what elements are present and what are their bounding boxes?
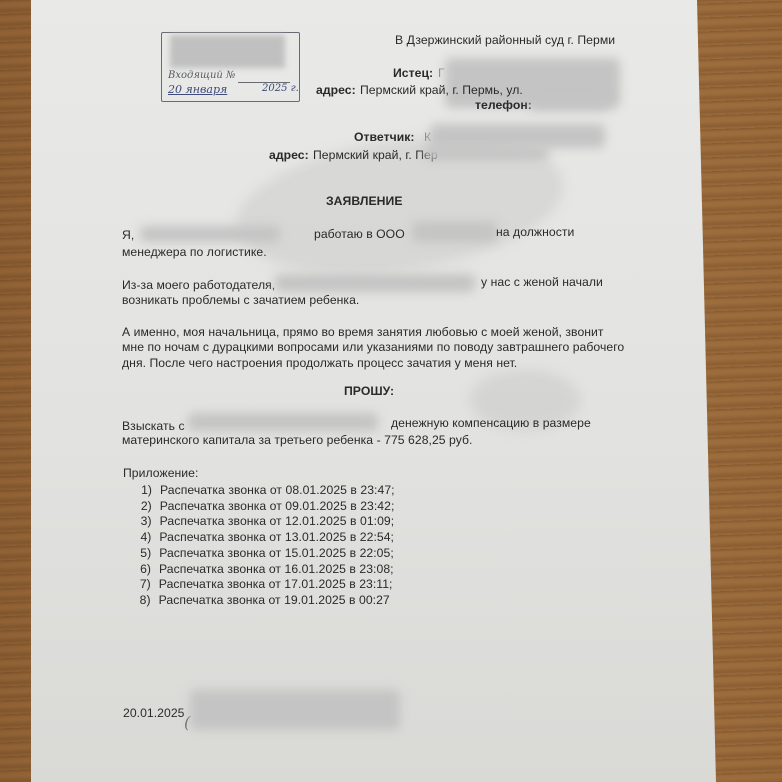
- attachment-item: 2)Распечатка звонка от 09.01.2025 в 23:4…: [130, 499, 395, 513]
- attachment-text: Распечатка звонка от 15.01.2025 в 22:05;: [159, 546, 394, 560]
- request-line2: материнского капитала за третьего ребенк…: [122, 433, 472, 447]
- attachment-text: Распечатка звонка от 13.01.2025 в 22:54;: [159, 530, 394, 544]
- redacted-block: [170, 35, 285, 68]
- attachment-item: 8)Распечатка звонка от 19.01.2025 в 00:2…: [129, 593, 390, 607]
- redacted-signature: [190, 690, 400, 730]
- redacted-company: [412, 222, 497, 242]
- court-name: В Дзержинский районный суд г. Перми: [395, 33, 615, 47]
- attachment-text: Распечатка звонка от 08.01.2025 в 23:47;: [160, 483, 395, 497]
- attachment-number: 5): [129, 546, 151, 560]
- plaintiff-label: Истец:: [393, 66, 433, 80]
- stamp-handwritten-date: 20 января: [168, 83, 227, 96]
- redacted-defendant-address: [424, 146, 549, 160]
- plaintiff-address-label: адрес:: [316, 83, 356, 97]
- redacted-defendant-in-request: [188, 413, 378, 431]
- redacted-phone: [530, 96, 610, 110]
- attachment-item: 1)Распечатка звонка от 08.01.2025 в 23:4…: [130, 483, 395, 497]
- attachment-number: 6): [129, 562, 151, 576]
- attachment-number: 3): [130, 514, 152, 528]
- attachment-number: 4): [129, 530, 151, 544]
- attachment-number: 1): [130, 483, 152, 497]
- attachment-number: 2): [130, 499, 152, 513]
- paragraph-2-line2: возникать проблемы с зачатием ребенка.: [122, 293, 359, 307]
- defendant-address-label: адрес:: [269, 148, 309, 162]
- paragraph-3-line1: А именно, моя начальница, прямо во время…: [122, 325, 604, 339]
- document-date: 20.01.2025: [123, 706, 185, 720]
- attachment-item: 4)Распечатка звонка от 13.01.2025 в 22:5…: [129, 530, 394, 544]
- stamp-label: Входящий №: [168, 70, 236, 81]
- request-line1-start: Взыскать с: [122, 419, 185, 433]
- attachment-item: 3)Распечатка звонка от 12.01.2025 в 01:0…: [130, 514, 395, 528]
- attachment-item: 6)Распечатка звонка от 16.01.2025 в 23:0…: [129, 562, 394, 576]
- paragraph-1-line2: менеджера по логистике.: [122, 245, 267, 259]
- paragraph-2-end: у нас с женой начали: [481, 275, 603, 289]
- request-title: ПРОШУ:: [344, 384, 394, 398]
- attachment-text: Распечатка звонка от 12.01.2025 в 01:09;: [160, 514, 395, 528]
- attachment-item: 7)Распечатка звонка от 17.01.2025 в 23:1…: [129, 577, 393, 591]
- paragraph-2-start: Из-за моего работодателя,: [122, 278, 275, 292]
- paragraph-1-mid: работаю в ООО: [314, 227, 405, 241]
- plaintiff-address: Пермский край, г. Пермь, ул.: [360, 83, 523, 97]
- attachment-item: 5)Распечатка звонка от 15.01.2025 в 22:0…: [129, 546, 394, 560]
- paper-sheet: Входящий № 20 января 2025 г. В Дзержинск…: [0, 0, 782, 782]
- attachment-number: 7): [129, 577, 151, 591]
- request-line1-end: денежную компенсацию в размере: [391, 416, 591, 430]
- paragraph-1-end: на должности: [496, 225, 574, 239]
- redacted-name: [140, 226, 280, 242]
- paragraph-3-line2: мне по ночам с дурацкими вопросами или у…: [122, 340, 624, 354]
- plaintiff-phone-label: телефон:: [475, 98, 532, 112]
- stamp-year: 2025 г.: [262, 83, 299, 94]
- attachment-text: Распечатка звонка от 19.01.2025 в 00:27: [159, 593, 390, 607]
- attachment-text: Распечатка звонка от 17.01.2025 в 23:11;: [159, 577, 393, 591]
- paragraph-1-start: Я,: [122, 228, 134, 242]
- defendant-label: Ответчик:: [354, 130, 415, 144]
- attachment-number: 8): [129, 593, 151, 607]
- signature-mark: (: [184, 713, 190, 732]
- paragraph-3-line3: дня. После чего настроения продолжать пр…: [122, 356, 517, 370]
- plaintiff-name-partial: Г: [438, 66, 445, 80]
- attachments-label: Приложение:: [123, 466, 198, 480]
- defendant-address: Пермский край, г. Пер: [313, 148, 438, 162]
- attachment-text: Распечатка звонка от 16.01.2025 в 23:08;: [159, 562, 394, 576]
- redacted-employer: [275, 274, 475, 292]
- document-title: ЗАЯВЛЕНИЕ: [326, 194, 403, 208]
- incoming-stamp: Входящий № 20 января 2025 г.: [161, 32, 300, 102]
- redacted-defendant-name: [430, 124, 605, 148]
- attachment-text: Распечатка звонка от 09.01.2025 в 23:42;: [160, 499, 395, 513]
